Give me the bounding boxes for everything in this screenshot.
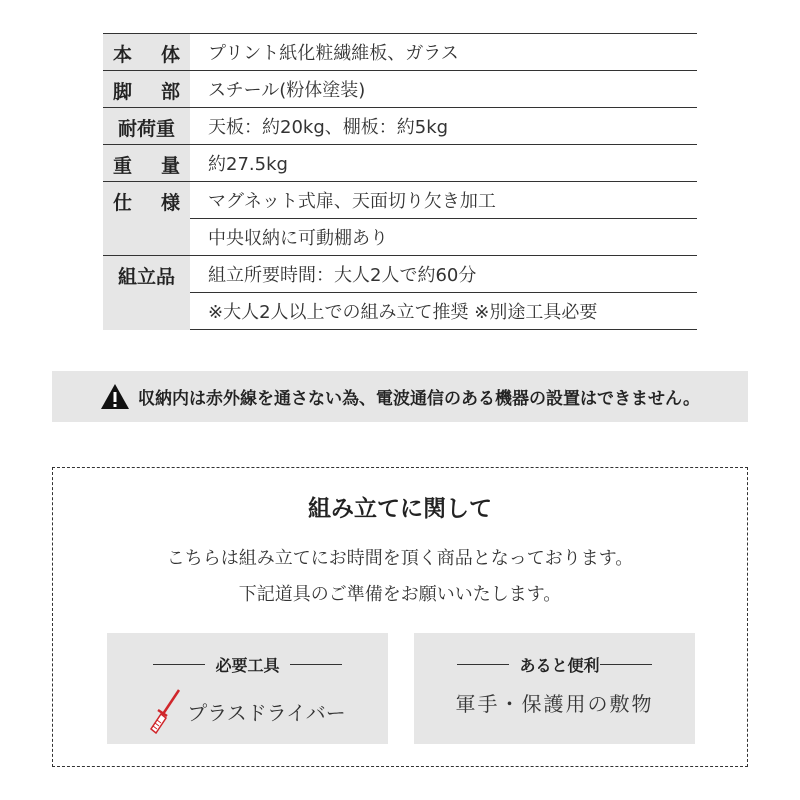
screwdriver-icon bbox=[149, 688, 183, 734]
table-row: 耐荷重 天板：約20kg、棚板：約5kg bbox=[103, 108, 697, 145]
card-item: プラスドライバー bbox=[187, 697, 345, 726]
divider bbox=[290, 664, 342, 666]
card-item: 軍手・保護用の敷物 bbox=[456, 688, 654, 717]
table-row: 脚部 スチール(粉体塗装) bbox=[103, 71, 697, 108]
assembly-text-line: 下記道具のご準備をお願いいたします。 bbox=[53, 580, 747, 606]
divider bbox=[153, 664, 205, 666]
spec-table: 本体 プリント紙化粧繊維板、ガラス 脚部 スチール(粉体塗装) 耐荷重 天板：約… bbox=[103, 33, 697, 330]
warning-banner: 収納内は赤外線を通さない為、電波通信のある機器の設置はできません。 bbox=[52, 371, 748, 422]
warning-text: 収納内は赤外線を通さない為、電波通信のある機器の設置はできません。 bbox=[138, 384, 700, 409]
table-row: 仕様 マグネット式扉、天面切り欠き加工 bbox=[103, 182, 697, 219]
table-row: ※大人2人以上での組み立て推奨 ※別途工具必要 bbox=[103, 293, 697, 330]
row-value: プリント紙化粧繊維板、ガラス bbox=[190, 34, 697, 71]
table-row: 本体 プリント紙化粧繊維板、ガラス bbox=[103, 34, 697, 71]
row-label: 仕様 bbox=[103, 182, 190, 256]
row-label: 耐荷重 bbox=[103, 108, 190, 145]
row-value: 中央収納に可動棚あり bbox=[190, 219, 697, 256]
row-value: 天板：約20kg、棚板：約5kg bbox=[190, 108, 697, 145]
row-value: スチール(粉体塗装) bbox=[190, 71, 697, 108]
divider bbox=[600, 664, 652, 666]
convenient-items-card: あると便利 軍手・保護用の敷物 bbox=[414, 633, 695, 744]
assembly-box: 組み立てに関して こちらは組み立てにお時間を頂く商品となっております。 下記道具… bbox=[52, 467, 748, 767]
card-heading: あると便利 bbox=[519, 653, 599, 676]
row-label: 組立品 bbox=[103, 256, 190, 330]
row-value: ※大人2人以上での組み立て推奨 ※別途工具必要 bbox=[190, 293, 697, 330]
row-label: 本体 bbox=[103, 34, 190, 71]
warning-triangle-icon bbox=[100, 383, 130, 410]
divider bbox=[457, 664, 509, 666]
table-row: 組立品 組立所要時間：大人2人で約60分 bbox=[103, 256, 697, 293]
assembly-text-line: こちらは組み立てにお時間を頂く商品となっております。 bbox=[53, 544, 747, 570]
row-value: 約27.5kg bbox=[190, 145, 697, 182]
table-row: 重量 約27.5kg bbox=[103, 145, 697, 182]
assembly-title: 組み立てに関して bbox=[53, 490, 747, 523]
row-label: 脚部 bbox=[103, 71, 190, 108]
row-label: 重量 bbox=[103, 145, 190, 182]
row-value: 組立所要時間：大人2人で約60分 bbox=[190, 256, 697, 293]
card-heading: 必要工具 bbox=[215, 653, 279, 676]
row-value: マグネット式扉、天面切り欠き加工 bbox=[190, 182, 697, 219]
required-tools-card: 必要工具 プラスドライバー bbox=[107, 633, 388, 744]
table-row: 中央収納に可動棚あり bbox=[103, 219, 697, 256]
